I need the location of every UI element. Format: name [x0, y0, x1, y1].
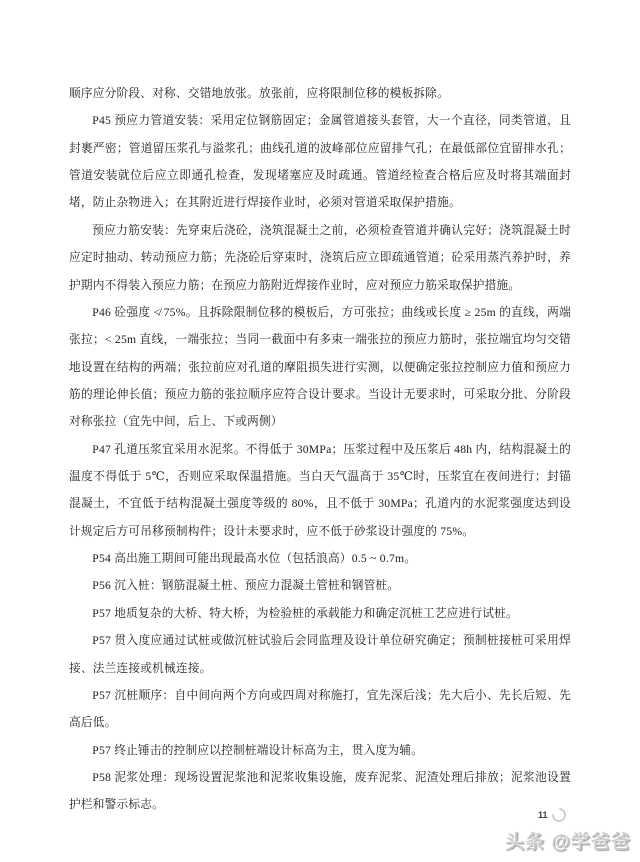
loading-ring-icon — [549, 805, 569, 825]
paragraph: P45 预应力管道安装：采用定位钢筋固定；金属管道接头套管，大一个直径，同类管道… — [69, 107, 571, 216]
paragraph: P54 高出施工期间可能出现最高水位（包括浪高）0.5 ~ 0.7m。 — [69, 545, 571, 572]
paragraph: P47 孔道压浆宜采用水泥浆。不得低于 30MPa；压浆过程中及压浆后 48h … — [69, 436, 571, 545]
paragraph: 顺序应分阶段、对称、交错地放张。放张前，应将限制位移的模板拆除。 — [69, 80, 571, 107]
paragraph: P57 终止锤击的控制应以控制桩端设计标高为主，贯入度为辅。 — [69, 737, 571, 764]
paragraph: P57 贯入度应通过试桩或做沉桩试验后会同监理及设计单位研究确定；预制桩接桩可采… — [69, 627, 571, 682]
paragraph: 预应力筋安装：先穿束后浇砼，浇筑混凝土之前，必须检查管道并确认完好；浇筑混凝土时… — [69, 217, 571, 299]
paragraph: P57 地质复杂的大桥、特大桥，为检验桩的承载能力和确定沉桩工艺应进行试桩。 — [69, 600, 571, 627]
paragraph: P58 泥浆处理：现场设置泥浆池和泥浆收集设施，废弃泥浆、泥渣处理后排放；泥浆池… — [69, 764, 571, 819]
paragraph: P46 砼强度 ≮ 75%。且拆除限制位移的模板后，方可张拉；曲线或长度 ≥ 2… — [69, 299, 571, 436]
paragraph: P56 沉入桩：钢筋混凝土桩、预应力混凝土管桩和钢管桩。 — [69, 572, 571, 599]
page-footer: 11 — [538, 808, 566, 822]
document-page: 顺序应分阶段、对称、交错地放张。放张前，应将限制位移的模板拆除。 P45 预应力… — [69, 80, 571, 819]
document-body-text: 顺序应分阶段、对称、交错地放张。放张前，应将限制位移的模板拆除。 P45 预应力… — [69, 80, 571, 819]
page-number: 11 — [538, 810, 548, 820]
watermark-text: 头条 @学爸爸 — [505, 827, 631, 854]
paragraph: P57 沉桩顺序：自中间向两个方向或四周对称施打，宜先深后浅；先大后小、先长后短… — [69, 682, 571, 737]
